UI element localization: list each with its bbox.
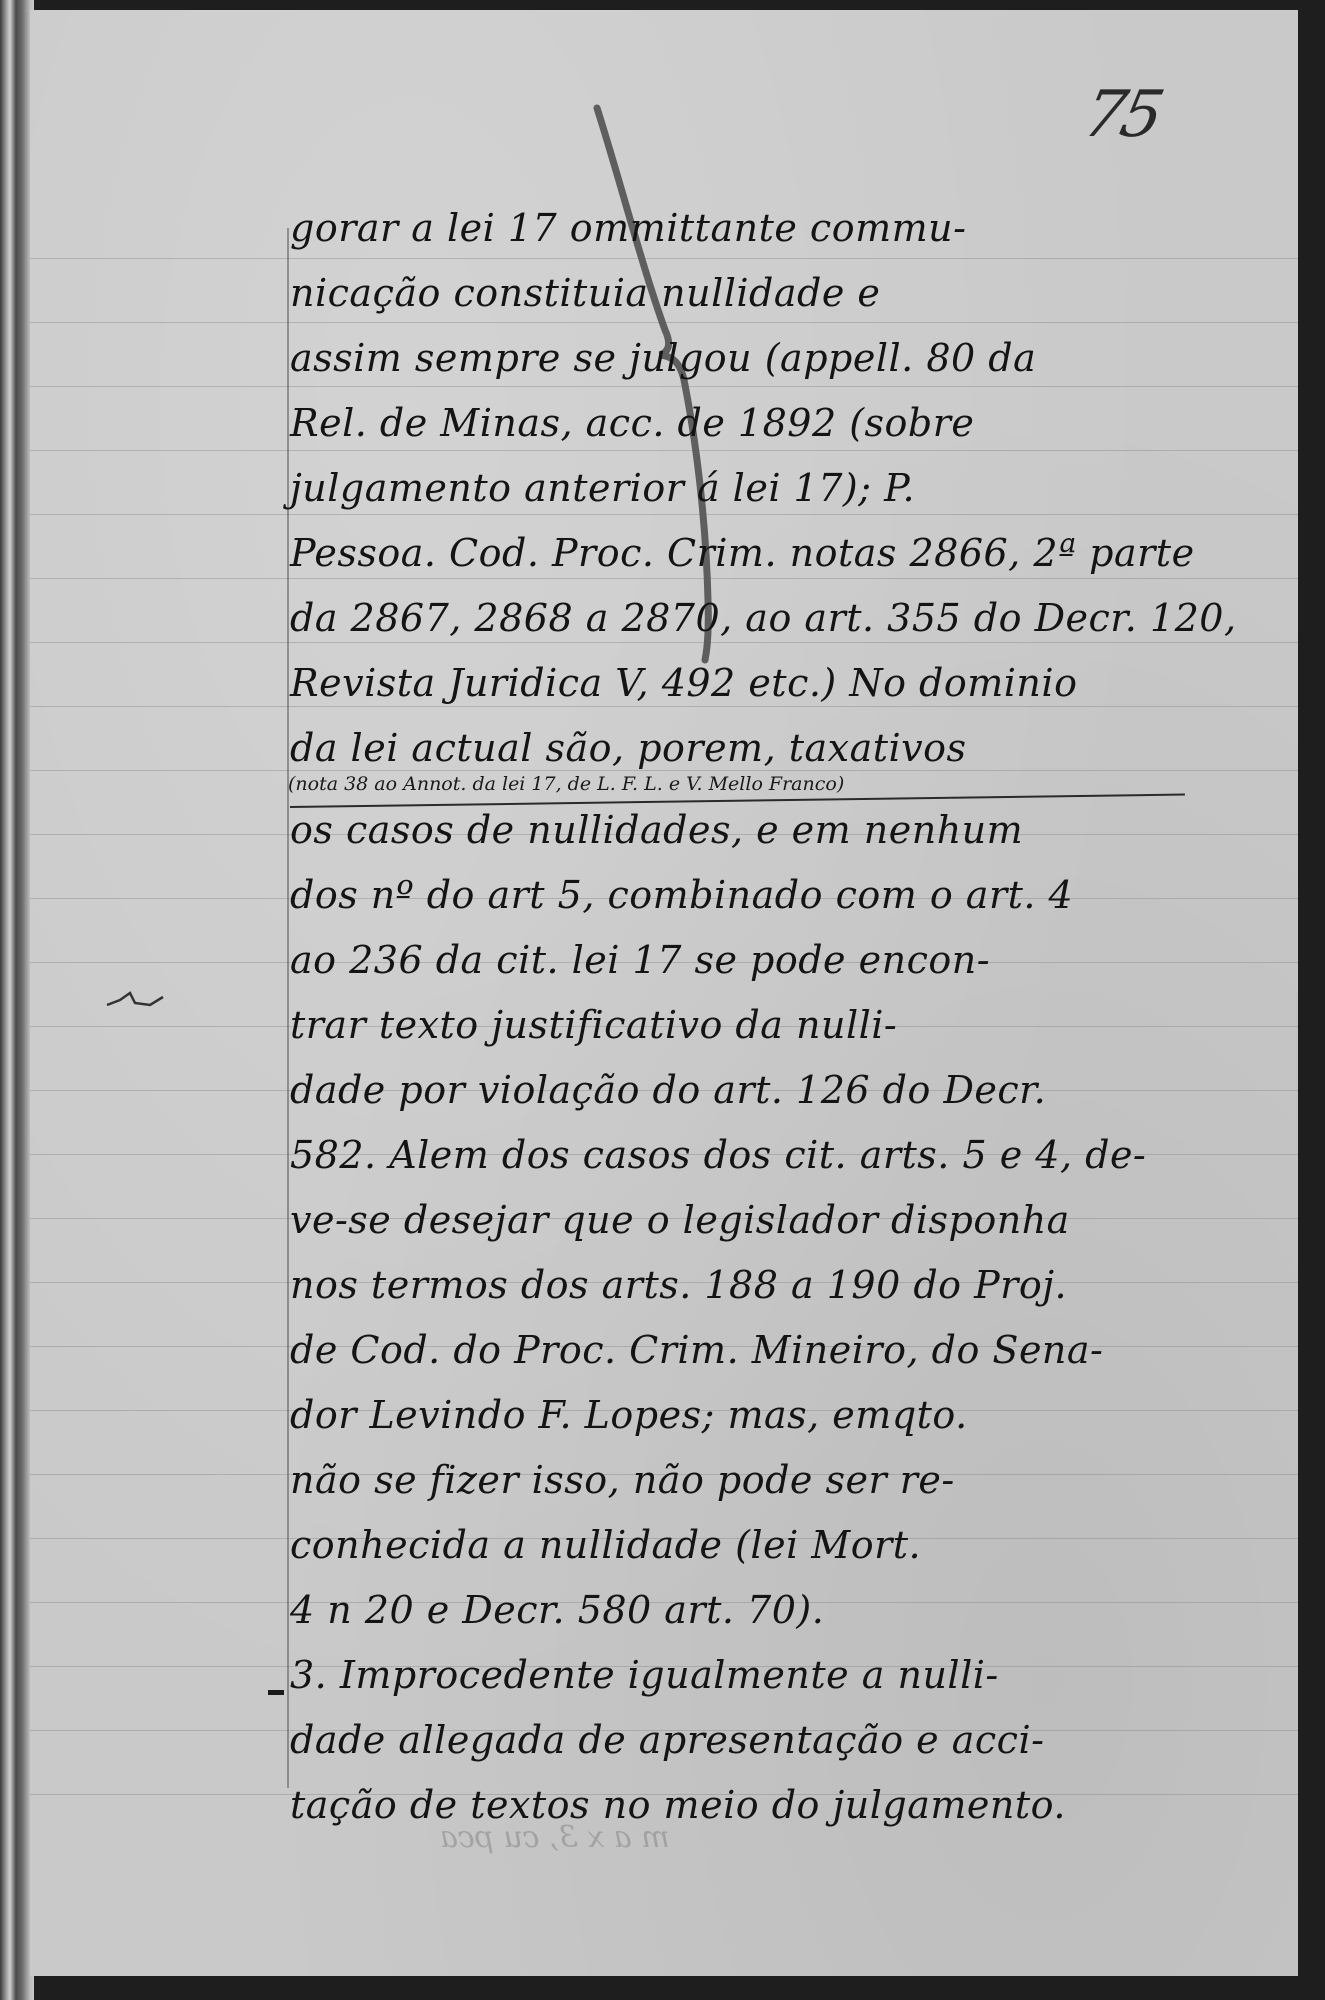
manuscript-line-21: conhecida a nullidade (lei Mort.: [290, 1523, 921, 1567]
manuscript-line-5: julgamento anterior á lei 17); P.: [290, 466, 915, 510]
manuscript-line-24: dade allegada de apresentação e acci-: [290, 1718, 1044, 1762]
manuscript-line-14: dade por violação do art. 126 do Decr.: [290, 1068, 1046, 1112]
manuscript-line-17: nos termos dos arts. 188 a 190 do Proj.: [290, 1263, 1067, 1307]
manuscript-line-18: de Cod. do Proc. Crim. Mineiro, do Sena-: [290, 1328, 1103, 1372]
manuscript-line-20: não se fizer isso, não pode ser re-: [290, 1458, 955, 1502]
manuscript-line-8: Revista Juridica V, 492 etc.) No dominio: [290, 661, 1077, 705]
manuscript-line-10: os casos de nullidades, e em nenhum: [290, 808, 1023, 852]
manuscript-line-7: da 2867, 2868 a 2870, ao art. 355 do Dec…: [290, 596, 1237, 640]
manuscript-line-15: 582. Alem dos casos dos cit. arts. 5 e 4…: [290, 1133, 1146, 1177]
manuscript-line-23: 3. Improcedente igualmente a nulli-: [290, 1653, 999, 1697]
manuscript-line-22: 4 n 20 e Decr. 580 art. 70).: [290, 1588, 824, 1632]
manuscript-line-6: Pessoa. Cod. Proc. Crim. notas 2866, 2ª …: [290, 531, 1195, 575]
manuscript-line-16: ve-se desejar que o legislador disponha: [290, 1198, 1070, 1242]
bleed-through-text: m a x 3, cu pca: [440, 1820, 670, 1855]
paragraph-dash-marker: [268, 1690, 284, 1695]
manuscript-line-4: Rel. de Minas, acc. de 1892 (sobre: [290, 401, 974, 445]
manuscript-line-25: tação de textos no meio do julgamento.: [290, 1783, 1066, 1827]
manuscript-line-12: ao 236 da cit. lei 17 se pode encon-: [290, 938, 990, 982]
manuscript-line-1: gorar a lei 17 ommittante commu-: [290, 206, 966, 250]
margin-ink-blot: [105, 985, 175, 1035]
manuscript-line-13: trar texto justificativo da nulli-: [290, 1003, 897, 1047]
manuscript-line-11: dos nº do art 5, combinado com o art. 4: [290, 873, 1073, 917]
manuscript-line-2: nicação constituia nullidade e: [290, 271, 880, 315]
manuscript-line-9: da lei actual são, porem, taxativos: [290, 726, 967, 770]
interlinear-footnote: (nota 38 ao Annot. da lei 17, de L. F. L…: [288, 773, 844, 795]
manuscript-line-19: dor Levindo F. Lopes; mas, emqto.: [290, 1393, 968, 1437]
manuscript-line-3: assim sempre se julgou (appell. 80 da: [290, 336, 1036, 380]
